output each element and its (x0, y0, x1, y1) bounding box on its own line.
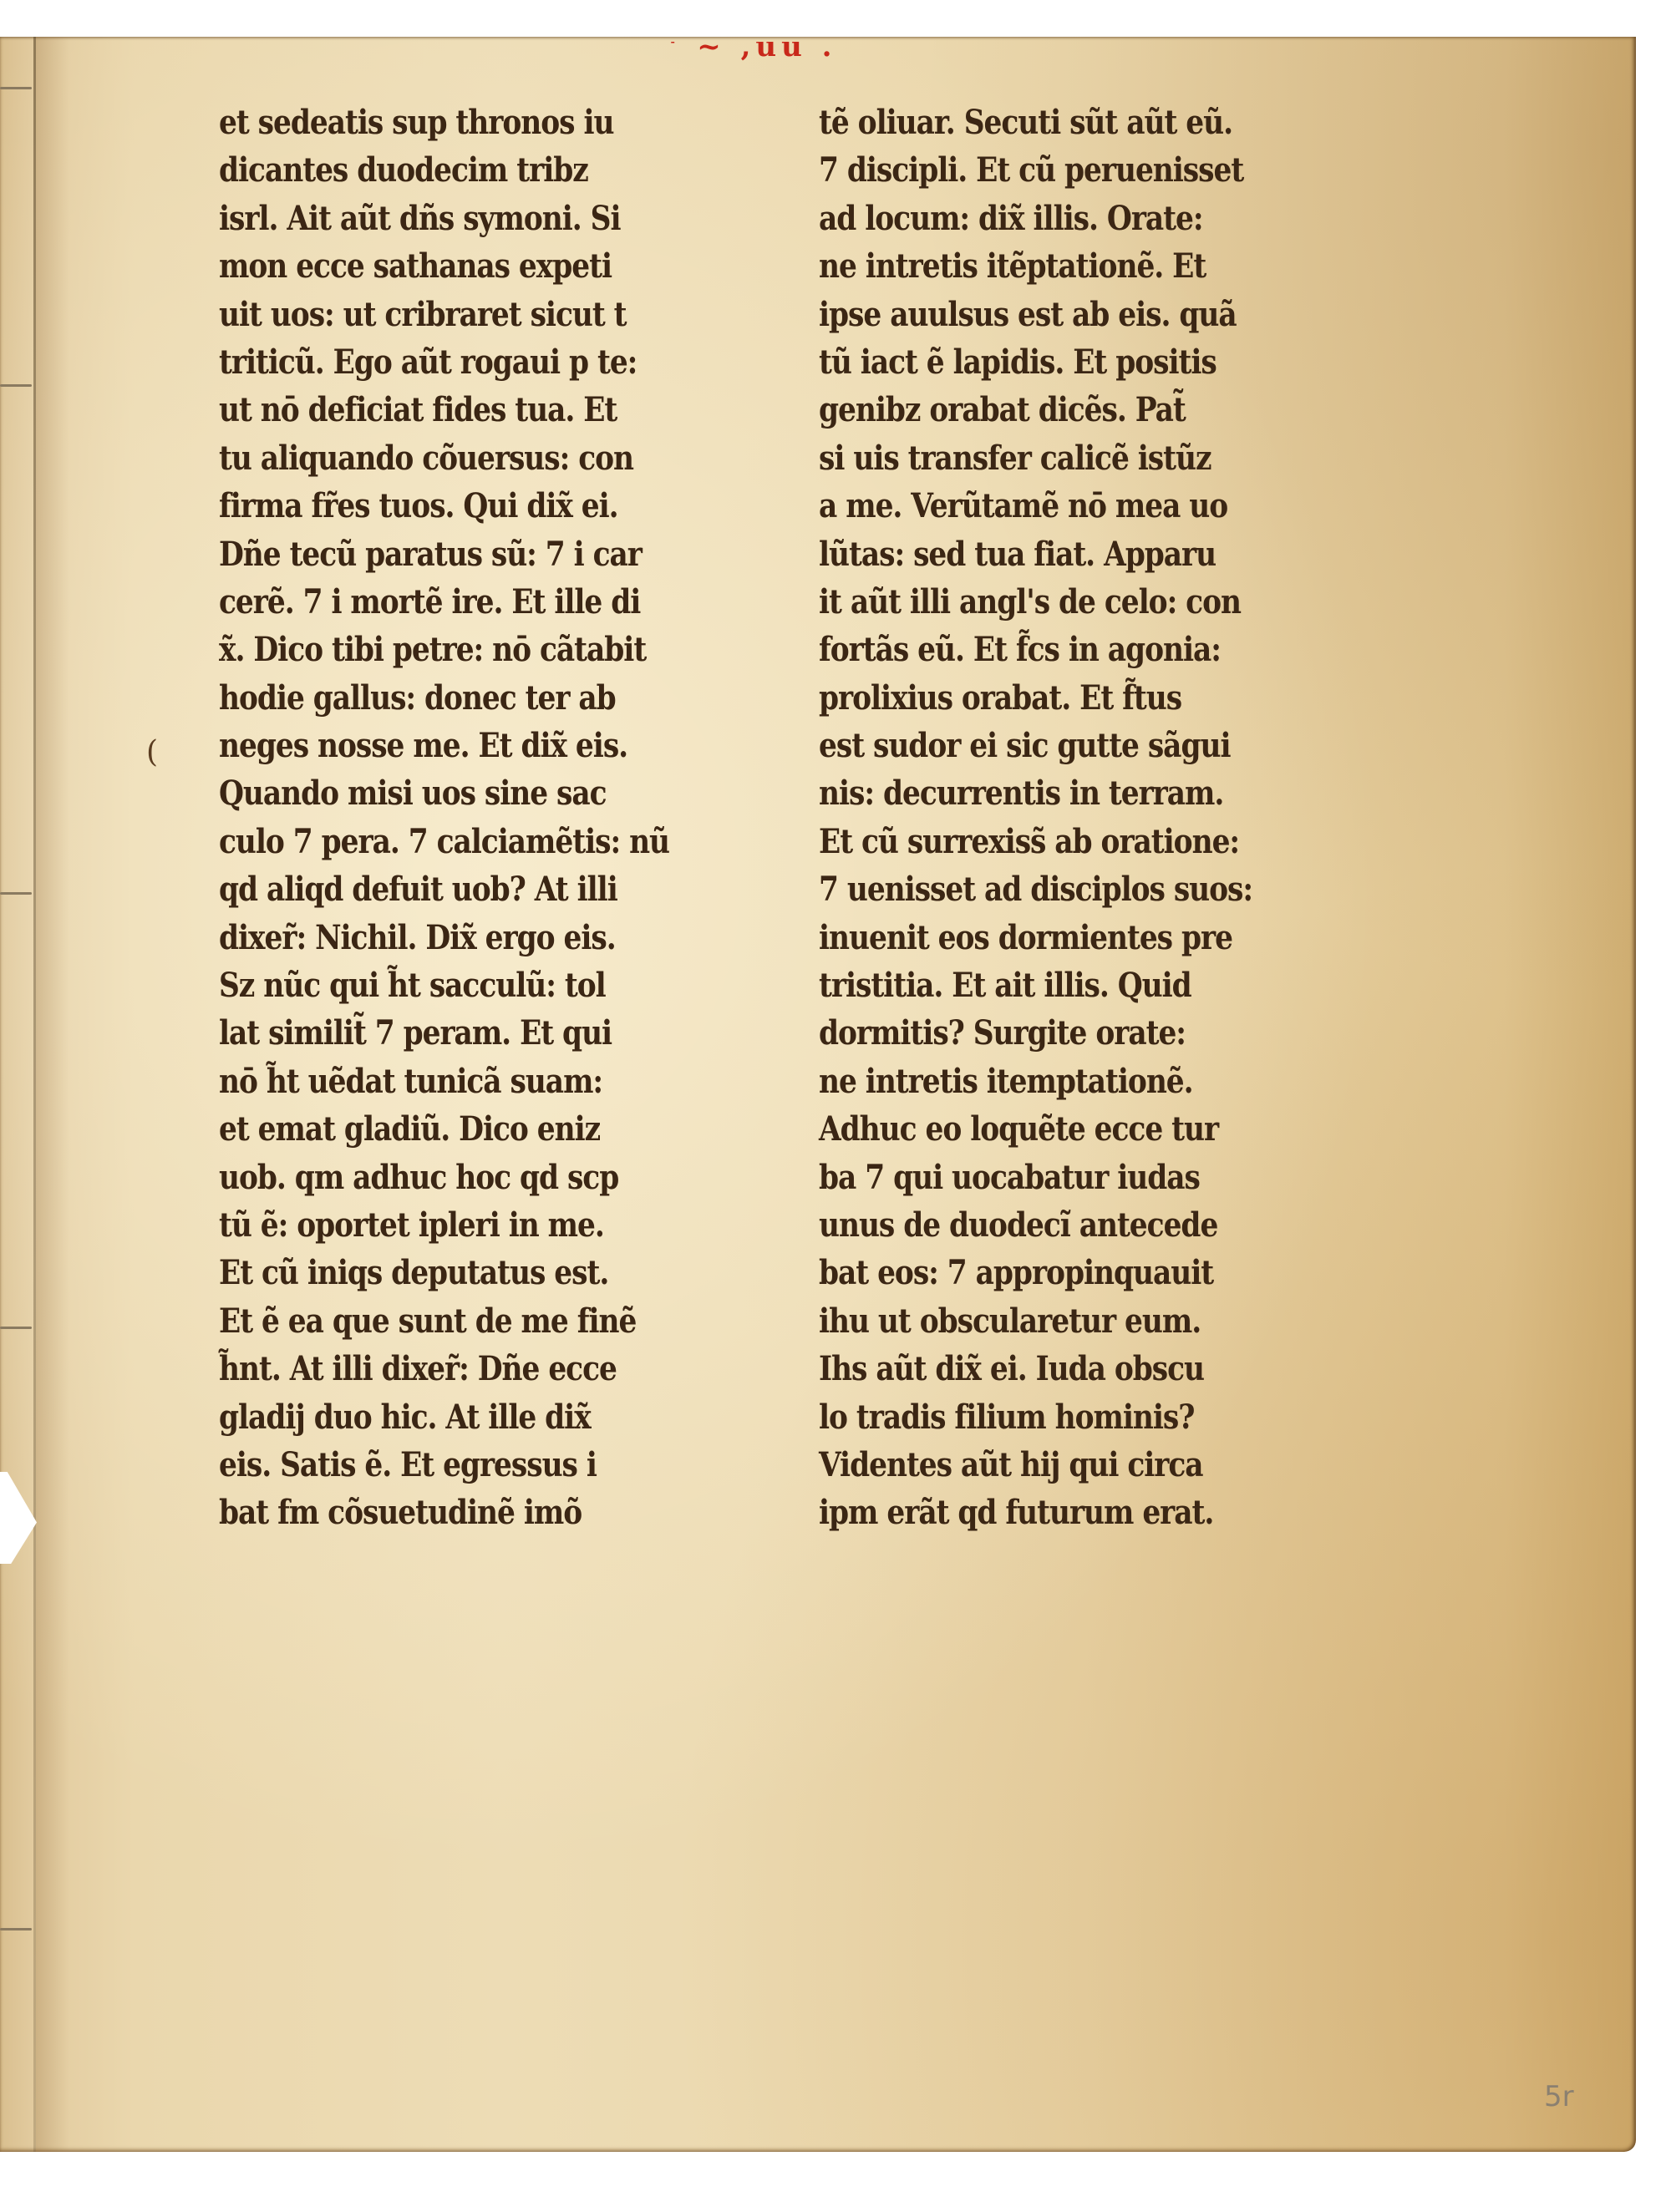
text-line: dormitis? Surgite orate: (819, 1009, 1350, 1057)
text-line: tũ iact ẽ lapidis. Et positis (819, 338, 1350, 386)
text-line: fortãs eũ. Et f̃cs in agonia: (819, 626, 1350, 673)
text-column-right: tẽ oliuar. Secuti sũt aũt eũ. 7 discipli… (819, 99, 1437, 1537)
text-line: dicantes duodecim tribz (219, 146, 693, 194)
text-line: inuenit eos dormientes pre (819, 914, 1350, 961)
folio-number: 5r (1544, 2080, 1574, 2113)
text-line: firma fr̃es tuos. Qui dix̃ ei. (219, 482, 693, 530)
text-line: est sudor ei sic gutte sãgui (819, 722, 1350, 769)
text-line: qd aliqd defuit uob? At illi (219, 865, 693, 913)
text-line: ipse auulsus est ab eis. quã (819, 291, 1350, 338)
text-line: genibz orabat dicẽs. Pat̃ (819, 386, 1350, 434)
text-line: triticũ. Ego aũt rogaui p te: (219, 338, 693, 386)
text-line: isrl. Ait aũt dñs symoni. Si (219, 195, 693, 242)
text-line: lat similit̃ 7 peram. Et qui (219, 1009, 693, 1057)
text-line: Videntes aũt hij qui circa (819, 1441, 1350, 1489)
text-line: it aũt illi angl's de celo: con (819, 578, 1350, 626)
text-line: x̃. Dico tibi petre: nō cãtabit (219, 626, 693, 673)
text-column-left: et sedeatis sup thronos iu dicantes duod… (219, 99, 770, 1537)
text-line: tu aliquando cõuersus: con (219, 434, 693, 482)
stitch-mark (0, 1327, 32, 1329)
text-line: ad locum: dix̃ illis. Orate: (819, 195, 1350, 242)
text-line: tũ ẽ: oportet ipleri in me. (219, 1201, 693, 1249)
text-line: Sz nũc qui h̃t sacculũ: tol (219, 961, 693, 1009)
text-line: tristitia. Et ait illis. Quid (819, 961, 1350, 1009)
text-line: hodie gallus: donec ter ab (219, 674, 693, 722)
text-line: 7 discipli. Et cũ peruenisset (819, 146, 1350, 194)
text-line: bat eos: 7 appropinquauit (819, 1249, 1350, 1296)
text-line: ba 7 qui uocabatur iudas (819, 1154, 1350, 1201)
text-line: ne intretis itẽptationẽ. Et (819, 242, 1350, 290)
text-line: Ihs aũt dix̃ ei. Iuda obscu (819, 1345, 1350, 1393)
text-line: Quando misi uos sine sac (219, 769, 693, 817)
text-line: ne intretis itemptationẽ. (819, 1058, 1350, 1105)
text-line: bat fm cõsuetudinẽ imõ (219, 1489, 693, 1536)
text-line: cerẽ. 7 i mortẽ ire. Et ille di (219, 578, 693, 626)
text-line: lũtas: sed tua fiat. Apparu (819, 530, 1350, 578)
text-line: et emat gladiũ. Dico eniz (219, 1105, 693, 1153)
text-line: mon ecce sathanas expeti (219, 242, 693, 290)
text-line: h̃nt. At illi dixer̃: Dñe ecce (219, 1345, 693, 1393)
text-line: Adhuc eo loquẽte ecce tur (819, 1105, 1350, 1153)
text-line: Et cũ surrexiss̃ ab oratione: (819, 818, 1350, 865)
text-line: uob. qm adhuc hoc qd scp (219, 1154, 693, 1201)
text-line: tẽ oliuar. Secuti sũt aũt eũ. (819, 99, 1350, 146)
text-line: ipm erãt qd futurum erat. (819, 1489, 1350, 1536)
text-line: lo tradis filium hominis? (819, 1393, 1350, 1441)
text-line: culo 7 pera. 7 calciamẽtis: nũ (219, 818, 693, 865)
marginal-bracket: ( (146, 735, 158, 769)
text-line: Et ẽ ea que sunt de me finẽ (219, 1297, 693, 1345)
text-line: nis: decurrentis in terram. (819, 769, 1350, 817)
text-line: unus de duodecĩ antecede (819, 1201, 1350, 1249)
text-line: dixer̃: Nichil. Dix̃ ergo eis. (219, 914, 693, 961)
text-line: si uis transfer calicẽ istũz (819, 434, 1350, 482)
stitch-mark (0, 87, 32, 89)
text-line: 7 uenisset ad disciplos suos: (819, 865, 1350, 913)
text-line: ut nō deficiat fides tua. Et (219, 386, 693, 434)
rubric-heading: ' ~ ,uu . (668, 30, 837, 63)
text-line: Et cũ iniqs deputatus est. (219, 1249, 693, 1296)
text-line: uit uos: ut cribraret sicut t (219, 291, 693, 338)
binding-fold (33, 37, 36, 2152)
text-line: gladij duo hic. At ille dix̃ (219, 1393, 693, 1441)
stitch-mark (0, 1928, 32, 1930)
text-line: Dñe tecũ paratus sũ: 7 i car (219, 530, 693, 578)
binding-shadow (36, 37, 69, 2152)
stitch-mark (0, 384, 32, 387)
text-line: neges nosse me. Et dix̃ eis. (219, 722, 693, 769)
text-line: eis. Satis ẽ. Et egressus i (219, 1441, 693, 1489)
text-line: nō h̃t uẽdat tunicã suam: (219, 1058, 693, 1105)
text-line: prolixius orabat. Et f̃tus (819, 674, 1350, 722)
stitch-mark (0, 892, 32, 895)
text-line: ihu ut obscularetur eum. (819, 1297, 1350, 1345)
text-line: et sedeatis sup thronos iu (219, 99, 693, 146)
text-line: a me. Verũtamẽ nō mea uo (819, 482, 1350, 530)
